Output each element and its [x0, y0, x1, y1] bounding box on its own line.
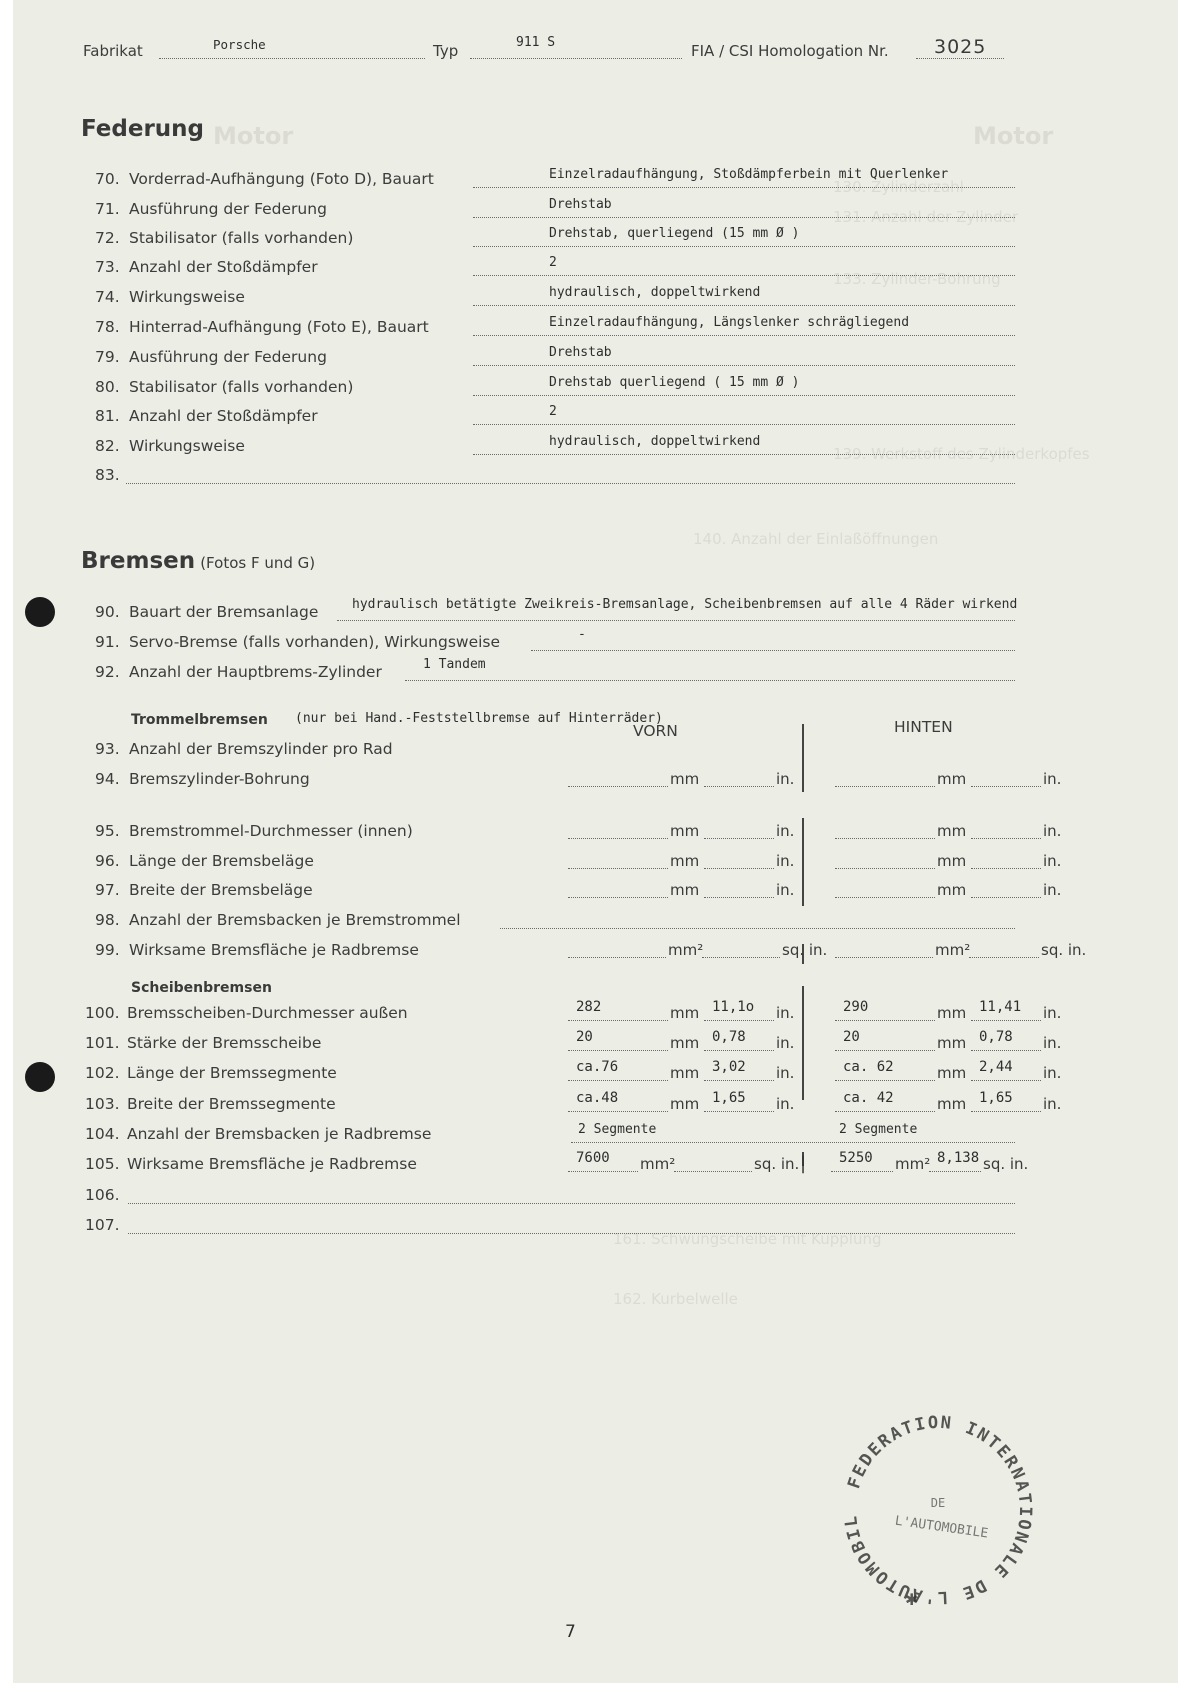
- federung-item-label: 71.Ausführung der Federung: [95, 200, 327, 218]
- item-text: Anzahl der Bremsbacken je Radbremse: [127, 1125, 431, 1143]
- value-dotted-line: [971, 1080, 1041, 1081]
- typ-dotted-line: [470, 58, 682, 59]
- column-divider: [802, 724, 804, 792]
- value-dotted-line: [568, 957, 666, 958]
- value-in: 8,138: [937, 1150, 979, 1166]
- unit-label: sq. in.: [1041, 941, 1086, 959]
- federung-item-label: 72.Stabilisator (falls vorhanden): [95, 229, 353, 247]
- federung-item-value: Drehstab: [549, 197, 612, 212]
- bleed-through: Motor: [213, 122, 293, 150]
- value-dotted-line: [971, 1050, 1041, 1051]
- federung-item-label: 70.Vorderrad-Aufhängung (Foto D), Bauart: [95, 170, 434, 188]
- value-dotted-line: [704, 868, 774, 869]
- unit-label: mm: [670, 852, 699, 870]
- federung-item-value: Drehstab querliegend ( 15 mm Ø ): [549, 375, 799, 390]
- page-number: 7: [565, 1622, 576, 1642]
- item-text: Anzahl der Bremszylinder pro Rad: [129, 740, 393, 758]
- federung-item-dotted-line: [473, 424, 1015, 425]
- item-number: 92.: [95, 663, 129, 681]
- punch-hole: [25, 1062, 55, 1092]
- scheiben-item-dotted-line: [571, 1142, 1015, 1143]
- federung-item-dotted-line: [473, 275, 1015, 276]
- unit-label: in.: [776, 770, 794, 788]
- unit-label: in.: [776, 881, 794, 899]
- unit-label: in.: [1043, 1034, 1061, 1052]
- item-number: 91.: [95, 633, 129, 651]
- federung-item-value: Einzelradaufhängung, Längslenker schrägl…: [549, 315, 909, 330]
- item-text: Breite der Bremsbeläge: [129, 881, 313, 899]
- item-number: 71.: [95, 200, 129, 218]
- column-divider: [802, 986, 804, 1100]
- federung-item-value: hydraulisch, doppeltwirkend: [549, 434, 760, 449]
- trommel-item-label: 97.Breite der Bremsbeläge: [95, 881, 313, 899]
- federung-item-dotted-line: [473, 335, 1015, 336]
- unit-label: in.: [776, 1034, 794, 1052]
- scheiben-item-dotted-line: [128, 1233, 1015, 1234]
- value-in: 1,65: [712, 1090, 746, 1106]
- item-text: Wirksame Bremsfläche je Radbremse: [129, 941, 419, 959]
- value-mm: ca. 42: [843, 1090, 894, 1106]
- fabrikat-value: Porsche: [213, 37, 266, 52]
- document-page: Motor Motor 130. Zylinderzahl 131. Anzah…: [13, 0, 1178, 1683]
- value-dotted-line: [568, 838, 668, 839]
- bremsen-item-dotted-line: [337, 620, 1015, 621]
- bremsen-item-value: 1 Tandem: [423, 657, 486, 672]
- value-mm: ca.48: [576, 1090, 618, 1106]
- bremsen-item-value: hydraulisch betätigte Zweikreis-Bremsanl…: [352, 597, 1017, 612]
- value-in: 2,44: [979, 1059, 1013, 1075]
- value-dotted-line: [704, 1020, 774, 1021]
- bleed-through: Motor: [973, 122, 1053, 150]
- federung-item-label: 80.Stabilisator (falls vorhanden): [95, 378, 353, 396]
- federung-item-value: Drehstab: [549, 345, 612, 360]
- value-dotted-line: [835, 897, 935, 898]
- unit-label: mm: [670, 1034, 699, 1052]
- item-text: Stabilisator (falls vorhanden): [129, 378, 353, 396]
- trommel-item-label: 98.Anzahl der Bremsbacken je Bremstromme…: [95, 911, 461, 929]
- value-dotted-line: [704, 1111, 774, 1112]
- item-number: 101.: [85, 1034, 127, 1052]
- svg-text:✱: ✱: [905, 1590, 918, 1609]
- unit-label: sq. in.: [754, 1155, 799, 1173]
- unit-label: sq. in.: [983, 1155, 1028, 1173]
- unit-label: mm: [937, 1034, 966, 1052]
- item-number: 79.: [95, 348, 129, 366]
- value-dotted-line: [704, 1080, 774, 1081]
- value-dotted-line: [568, 1111, 668, 1112]
- value-dotted-line: [568, 1020, 668, 1021]
- homologation-dotted-line: [916, 58, 1004, 59]
- value-dotted-line: [835, 868, 935, 869]
- trommel-item-label: 93.Anzahl der Bremszylinder pro Rad: [95, 740, 393, 758]
- item-text: Anzahl der Stoßdämpfer: [129, 407, 318, 425]
- item-number: 105.: [85, 1155, 127, 1173]
- item-number: 82.: [95, 437, 129, 455]
- item-text: Stärke der Bremsscheibe: [127, 1034, 321, 1052]
- value-in: 3,02: [712, 1059, 746, 1075]
- value-dotted-line: [704, 838, 774, 839]
- item-number: 96.: [95, 852, 129, 870]
- value-in: 0,78: [712, 1029, 746, 1045]
- item-text: Bremsscheiben-Durchmesser außen: [127, 1004, 408, 1022]
- value-rear: 2 Segmente: [839, 1122, 917, 1137]
- punch-hole: [25, 597, 55, 627]
- federung-item-value: hydraulisch, doppeltwirkend: [549, 285, 760, 300]
- bleed-through: 140. Anzahl der Einlaßöffnungen: [693, 530, 938, 548]
- value-front: 2 Segmente: [578, 1122, 656, 1137]
- federung-item-label: 83.: [95, 466, 129, 484]
- value-dotted-line: [929, 1171, 981, 1172]
- value-dotted-line: [568, 1080, 668, 1081]
- value-in: 1,65: [979, 1090, 1013, 1106]
- bremsen-item-dotted-line: [405, 680, 1015, 681]
- unit-label: mm: [670, 1004, 699, 1022]
- unit-label: mm: [670, 770, 699, 788]
- value-dotted-line: [971, 1020, 1041, 1021]
- bremsen-item-value: -: [578, 627, 586, 642]
- unit-label: in.: [1043, 770, 1061, 788]
- item-text: Wirkungsweise: [129, 288, 245, 306]
- federung-item-label: 82.Wirkungsweise: [95, 437, 245, 455]
- federung-item-dotted-line: [473, 246, 1015, 247]
- column-divider-mark: |: [800, 1153, 806, 1174]
- unit-label: mm: [937, 881, 966, 899]
- bleed-through: 133. Zylinder-Bohrung: [833, 270, 1001, 288]
- federung-item-value: Drehstab, querliegend (15 mm Ø ): [549, 226, 799, 241]
- section-title-federung: Federung: [81, 116, 204, 142]
- scheiben-item-dotted-line: [128, 1203, 1015, 1204]
- scheiben-item-label: 105.Wirksame Bremsfläche je Radbremse: [85, 1155, 417, 1173]
- value-dotted-line: [835, 786, 935, 787]
- item-text: Bremszylinder-Bohrung: [129, 770, 310, 788]
- federung-item-label: 79.Ausführung der Federung: [95, 348, 327, 366]
- scheiben-item-label: 104.Anzahl der Bremsbacken je Radbremse: [85, 1125, 431, 1143]
- scheibenbremsen-title: Scheibenbremsen: [131, 980, 272, 996]
- column-divider: [802, 818, 804, 906]
- item-text: Anzahl der Hauptbrems-Zylinder: [129, 663, 382, 681]
- item-text: Wirkungsweise: [129, 437, 245, 455]
- unit-label: in.: [776, 1095, 794, 1113]
- federung-item-dotted-line: [126, 483, 1015, 484]
- value-dotted-line: [704, 897, 774, 898]
- unit-label: in.: [1043, 822, 1061, 840]
- value-dotted-line: [568, 1171, 638, 1172]
- value-dotted-line: [704, 786, 774, 787]
- typ-value: 911 S: [516, 35, 555, 50]
- unit-label: mm: [937, 1095, 966, 1113]
- unit-label: in.: [1043, 1004, 1061, 1022]
- scheiben-item-label: 107.: [85, 1216, 127, 1234]
- unit-label: mm: [670, 1064, 699, 1082]
- unit-label: in.: [776, 1064, 794, 1082]
- trommel-item-dotted-line: [500, 928, 1015, 929]
- value-mm: ca. 62: [843, 1059, 894, 1075]
- scheiben-item-label: 102.Länge der Bremssegmente: [85, 1064, 337, 1082]
- item-number: 106.: [85, 1186, 127, 1204]
- value-in: 0,78: [979, 1029, 1013, 1045]
- value-dotted-line: [831, 1171, 893, 1172]
- value-dotted-line: [568, 897, 668, 898]
- bremsen-item-dotted-line: [531, 650, 1015, 651]
- scheiben-item-label: 100.Bremsscheiben-Durchmesser außen: [85, 1004, 408, 1022]
- value-dotted-line: [835, 1111, 935, 1112]
- value-mm: 20: [576, 1029, 593, 1045]
- bremsen-item-label: 92.Anzahl der Hauptbrems-Zylinder: [95, 663, 382, 681]
- unit-label: sq. in.: [782, 941, 827, 959]
- unit-label: mm²: [935, 941, 970, 959]
- bremsen-item-label: 91.Servo-Bremse (falls vorhanden), Wirku…: [95, 633, 500, 651]
- item-number: 93.: [95, 740, 129, 758]
- item-text: Bauart der Bremsanlage: [129, 603, 318, 621]
- unit-label: in.: [1043, 1095, 1061, 1113]
- item-number: 74.: [95, 288, 129, 306]
- federung-item-label: 74.Wirkungsweise: [95, 288, 245, 306]
- trommel-item-label: 94.Bremszylinder-Bohrung: [95, 770, 310, 788]
- item-text: Ausführung der Federung: [129, 200, 327, 218]
- unit-label: in.: [776, 1004, 794, 1022]
- unit-label: mm: [937, 822, 966, 840]
- unit-label: mm: [937, 1064, 966, 1082]
- item-text: Länge der Bremsbeläge: [129, 852, 314, 870]
- item-number: 70.: [95, 170, 129, 188]
- item-number: 95.: [95, 822, 129, 840]
- value-dotted-line: [835, 1020, 935, 1021]
- federung-item-dotted-line: [473, 305, 1015, 306]
- unit-label: in.: [776, 822, 794, 840]
- bremsen-title: Bremsen: [81, 548, 195, 574]
- unit-label: in.: [1043, 881, 1061, 899]
- value-dotted-line: [674, 1171, 752, 1172]
- item-text: Hinterrad-Aufhängung (Foto E), Bauart: [129, 318, 429, 336]
- value-mm: 7600: [576, 1150, 610, 1166]
- unit-label: mm²: [895, 1155, 930, 1173]
- value-in: 11,41: [979, 999, 1021, 1015]
- scheiben-item-label: 103.Breite der Bremssegmente: [85, 1095, 336, 1113]
- item-text: Wirksame Bremsfläche je Radbremse: [127, 1155, 417, 1173]
- value-mm: ca.76: [576, 1059, 618, 1075]
- trommelbremsen-title: Trommelbremsen: [131, 712, 268, 728]
- fabrikat-dotted-line: [159, 58, 425, 59]
- value-dotted-line: [835, 1050, 935, 1051]
- item-number: 90.: [95, 603, 129, 621]
- value-dotted-line: [971, 897, 1041, 898]
- item-text: Vorderrad-Aufhängung (Foto D), Bauart: [129, 170, 434, 188]
- federung-item-label: 73.Anzahl der Stoßdämpfer: [95, 258, 318, 276]
- item-number: 72.: [95, 229, 129, 247]
- unit-label: mm: [670, 881, 699, 899]
- item-text: Bremstrommel-Durchmesser (innen): [129, 822, 413, 840]
- value-dotted-line: [702, 957, 780, 958]
- section-title-bremsen: Bremsen (Fotos F und G): [81, 548, 315, 574]
- item-number: 94.: [95, 770, 129, 788]
- column-header-hinten: HINTEN: [894, 718, 953, 736]
- item-text: Anzahl der Stoßdämpfer: [129, 258, 318, 276]
- unit-label: mm: [937, 852, 966, 870]
- item-number: 99.: [95, 941, 129, 959]
- value-dotted-line: [568, 1050, 668, 1051]
- bleed-through: 162. Kurbelwelle: [613, 1290, 738, 1308]
- item-number: 102.: [85, 1064, 127, 1082]
- value-dotted-line: [969, 957, 1039, 958]
- scheiben-item-label: 106.: [85, 1186, 127, 1204]
- fabrikat-label: Fabrikat: [83, 42, 143, 60]
- value-mm: 282: [576, 999, 601, 1015]
- item-number: 97.: [95, 881, 129, 899]
- column-header-vorn: VORN: [633, 722, 678, 740]
- item-number: 103.: [85, 1095, 127, 1113]
- homologation-number: 3025: [934, 36, 986, 58]
- federung-item-value: 2: [549, 404, 557, 419]
- trommel-item-label: 99.Wirksame Bremsfläche je Radbremse: [95, 941, 419, 959]
- item-text: Servo-Bremse (falls vorhanden), Wirkungs…: [129, 633, 500, 651]
- item-number: 100.: [85, 1004, 127, 1022]
- scheiben-item-label: 101.Stärke der Bremsscheibe: [85, 1034, 321, 1052]
- value-dotted-line: [835, 838, 935, 839]
- svg-text:DE: DE: [931, 1496, 945, 1510]
- item-text: Ausführung der Federung: [129, 348, 327, 366]
- fia-stamp: FEDERATION INTERNATIONALE DE L'AUTOMOBIL…: [833, 1405, 1043, 1615]
- unit-label: mm: [670, 822, 699, 840]
- trommelbremsen-note: (nur bei Hand.-Feststellbremse auf Hinte…: [295, 711, 663, 726]
- item-number: 80.: [95, 378, 129, 396]
- unit-label: mm²: [668, 941, 703, 959]
- item-number: 73.: [95, 258, 129, 276]
- value-mm: 20: [843, 1029, 860, 1045]
- value-dotted-line: [568, 786, 668, 787]
- item-text: Breite der Bremssegmente: [127, 1095, 336, 1113]
- value-dotted-line: [971, 786, 1041, 787]
- item-number: 78.: [95, 318, 129, 336]
- item-text: Stabilisator (falls vorhanden): [129, 229, 353, 247]
- svg-text:L'AUTOMOBILE: L'AUTOMOBILE: [894, 1514, 989, 1542]
- federung-item-value: 2: [549, 255, 557, 270]
- unit-label: mm²: [640, 1155, 675, 1173]
- item-text: Anzahl der Bremsbacken je Bremstrommel: [129, 911, 461, 929]
- unit-label: in.: [1043, 1064, 1061, 1082]
- federung-item-label: 81.Anzahl der Stoßdämpfer: [95, 407, 318, 425]
- bremsen-item-label: 90.Bauart der Bremsanlage: [95, 603, 318, 621]
- item-number: 107.: [85, 1216, 127, 1234]
- unit-label: in.: [776, 852, 794, 870]
- federung-item-label: 78.Hinterrad-Aufhängung (Foto E), Bauart: [95, 318, 429, 336]
- item-number: 81.: [95, 407, 129, 425]
- value-dotted-line: [971, 868, 1041, 869]
- federung-item-value: Einzelradaufhängung, Stoßdämpferbein mit…: [549, 167, 948, 182]
- unit-label: mm: [670, 1095, 699, 1113]
- value-mm: 5250: [839, 1150, 873, 1166]
- value-dotted-line: [568, 868, 668, 869]
- unit-label: in.: [1043, 852, 1061, 870]
- unit-label: mm: [937, 1004, 966, 1022]
- value-dotted-line: [704, 1050, 774, 1051]
- trommel-item-label: 95.Bremstrommel-Durchmesser (innen): [95, 822, 413, 840]
- value-in: 11,1o: [712, 999, 754, 1015]
- item-text: Länge der Bremssegmente: [127, 1064, 337, 1082]
- value-dotted-line: [971, 1111, 1041, 1112]
- homologation-label: FIA / CSI Homologation Nr.: [691, 42, 889, 60]
- item-number: 83.: [95, 466, 129, 484]
- value-dotted-line: [971, 838, 1041, 839]
- typ-label: Typ: [433, 42, 458, 60]
- federung-item-dotted-line: [473, 454, 1015, 455]
- item-number: 98.: [95, 911, 129, 929]
- bremsen-subtitle: (Fotos F und G): [200, 554, 315, 572]
- value-dotted-line: [835, 1080, 935, 1081]
- item-number: 104.: [85, 1125, 127, 1143]
- value-mm: 290: [843, 999, 868, 1015]
- federung-item-dotted-line: [473, 187, 1015, 188]
- unit-label: mm: [937, 770, 966, 788]
- federung-item-dotted-line: [473, 217, 1015, 218]
- federung-item-dotted-line: [473, 365, 1015, 366]
- trommel-item-label: 96.Länge der Bremsbeläge: [95, 852, 314, 870]
- federung-item-dotted-line: [473, 395, 1015, 396]
- value-dotted-line: [835, 957, 933, 958]
